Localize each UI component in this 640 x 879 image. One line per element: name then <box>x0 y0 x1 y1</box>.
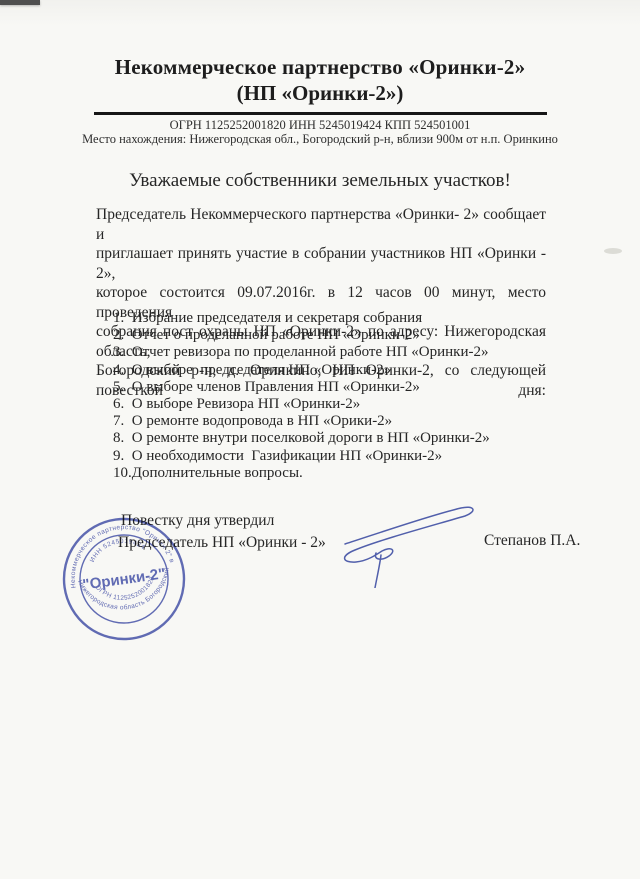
signer-name: Степанов П.А. <box>484 532 580 550</box>
scan-artifact-corner-mark <box>0 0 40 5</box>
agenda-item: 8. О ремонте внутри поселковой дороги в … <box>113 430 558 447</box>
location-line: Место нахождения: Нижегородская обл., Бо… <box>0 132 640 147</box>
agenda-item: 3. Отчет ревизора по проделанной работе … <box>113 344 558 361</box>
signature-ink-icon <box>331 492 483 588</box>
registration-numbers-line: ОГРН 1125252001820 ИНН 5245019424 КПП 52… <box>0 118 640 133</box>
agenda-item: 1. Избрание председателя и секретаря соб… <box>113 310 558 327</box>
org-title-line2: (НП «Оринки-2») <box>0 81 640 106</box>
handwritten-signature <box>331 492 483 588</box>
round-stamp-icon: Некоммерческое партнерство "Оринки-2" в … <box>51 506 198 653</box>
scanned-document-page: Некоммерческое партнерство «Оринки-2» (Н… <box>0 0 640 879</box>
organization-stamp: Некоммерческое партнерство "Оринки-2" в … <box>51 506 198 653</box>
paragraph-line: Председатель Некоммерческого партнерства… <box>96 205 546 244</box>
agenda-item: 7. О ремонте водопровода в НП «Орики-2» <box>113 413 558 430</box>
agenda-item: 4. О выборе председателя НП «Оринки-2» <box>113 362 558 379</box>
scan-smudge <box>604 248 622 254</box>
agenda-item: 5. О выборе членов Правления НП «Оринки-… <box>113 379 558 396</box>
stamp-center-text: "Оринки-2" <box>82 565 167 593</box>
salutation-heading: Уважаемые собственники земельных участко… <box>0 170 640 192</box>
paragraph-line: приглашает принять участие в собрании уч… <box>96 244 546 283</box>
agenda-item: 9. О необходимости Газификации НП «Оринк… <box>113 448 558 465</box>
agenda-item: 6. О выборе Ревизора НП «Оринки-2» <box>113 396 558 413</box>
agenda-list: 1. Избрание председателя и секретаря соб… <box>113 310 558 482</box>
org-title-line1: Некоммерческое партнерство «Оринки-2» <box>0 55 640 80</box>
header-divider-rule <box>94 112 547 115</box>
agenda-item: 2. Отчет о проделанной работе НП «Оринки… <box>113 327 558 344</box>
agenda-item: 10.Дополнительные вопросы. <box>113 465 558 482</box>
